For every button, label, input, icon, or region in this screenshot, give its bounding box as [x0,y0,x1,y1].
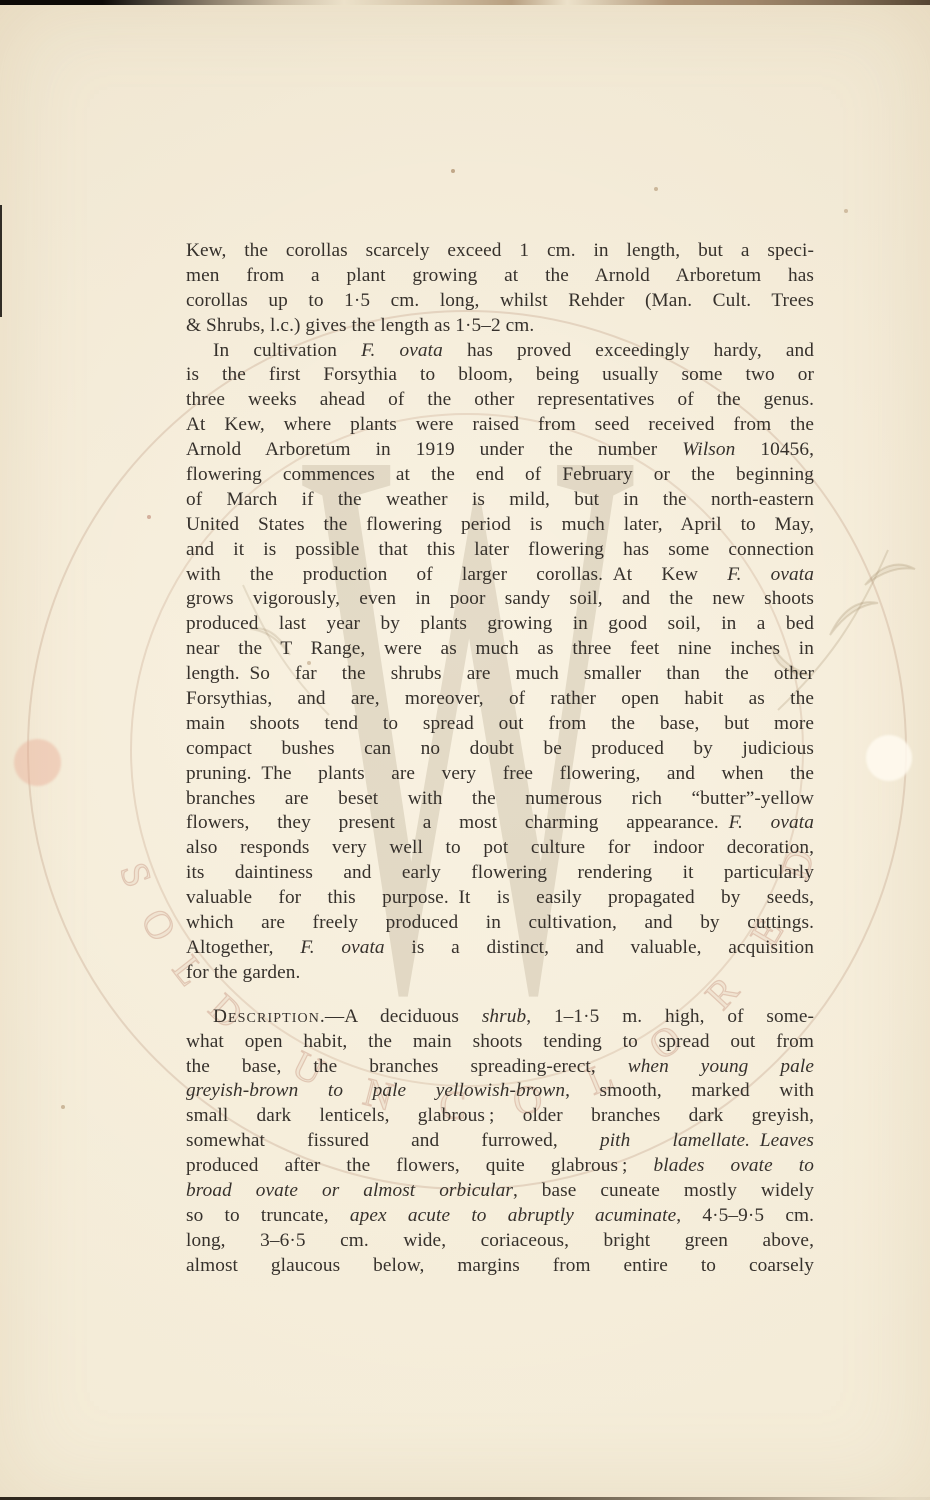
watermark-letter: S [110,856,162,893]
text-segment: greyish-brown to pale yellowish-brown [186,1080,565,1101]
text-segment: apex acute to abruptly acuminate [350,1205,676,1226]
text-segment: of March if the weather is mild, but in … [186,489,814,510]
text-line: compact bushes can no doubt be produced … [186,737,814,762]
text-segment: corollas up to 1·5 cm. long, whilst Rehd… [186,290,814,311]
text-segment: F. ovata [361,340,443,361]
text-segment: & Shrubs, l.c.) gives the length as 1·5–… [186,315,534,336]
text-block: Kew, the corollas scarcely exceed 1 cm. … [186,239,814,1279]
text-segment: Arnold Arboretum in 1919 under the numbe… [186,439,682,460]
text-line: valuable for this purpose. It is easily … [186,886,814,911]
text-segment: Leaves [760,1130,814,1151]
text-line: greyish-brown to pale yellowish-brown, s… [186,1079,814,1104]
text-line: In cultivation F. ovata has proved excee… [186,339,814,364]
text-segment: with the production of larger corollas. … [186,564,727,585]
text-line: is the first Forsythia to bloom, being u… [186,363,814,388]
text-segment: In cultivation [213,340,361,361]
text-line: what open habit, the main shoots tending… [186,1030,814,1055]
text-segment: F. ovata [727,564,814,585]
watermark-letter: O [131,901,186,949]
text-line: and it is possible that this later flowe… [186,538,814,563]
text-segment: blades ovate to [654,1155,814,1176]
text-line: pruning. The plants are very free flower… [186,762,814,787]
text-segment: long, 3–6·5 cm. wide, coriaceous, bright… [186,1230,814,1251]
text-segment: pith lamellate. [600,1130,750,1151]
text-segment: F. ovata [729,812,814,833]
text-line: broad ovate or almost orbicular, base cu… [186,1179,814,1204]
text-line: the base, the branches spreading-erect, … [186,1055,814,1080]
text-segment: its daintiness and early flowering rende… [186,862,814,883]
text-segment: produced last year by plants growing in … [186,613,814,634]
text-line: of March if the weather is mild, but in … [186,488,814,513]
text-segment: for the garden. [186,962,300,983]
text-segment: has proved exceedingly hardy, and [443,340,814,361]
paragraph-description: Description.—A deciduous shrub, 1–1·5 m.… [186,1005,814,1279]
text-segment [750,1130,760,1151]
text-segment: length. So far the shrubs are much small… [186,663,814,684]
text-segment: is a distinct, and valuable, acquisition [385,937,814,958]
text-segment: what open habit, the main shoots tending… [186,1031,814,1052]
text-line: men from a plant growing at the Arnold A… [186,264,814,289]
watermark-dot-right [866,735,912,781]
text-segment: and it is possible that this later flowe… [186,539,814,560]
text-line: produced after the flowers, quite glabro… [186,1154,814,1179]
text-segment: grows vigorously, even in poor sandy soi… [186,588,814,609]
text-line: for the garden. [186,961,814,986]
text-segment: F. ovata [300,937,384,958]
text-segment: Description [213,1006,320,1027]
watermark-dot-left [14,739,61,786]
paper-specks [0,0,2,2]
text-line: small dark lenticels, glabrous ; older b… [186,1104,814,1129]
text-line: corollas up to 1·5 cm. long, whilst Rehd… [186,289,814,314]
text-line: Kew, the corollas scarcely exceed 1 cm. … [186,239,814,264]
text-segment: compact bushes can no doubt be produced … [186,738,814,759]
text-line: main shoots tend to spread out from the … [186,712,814,737]
text-segment: flowers, they present a most charming ap… [186,812,729,833]
text-line: three weeks ahead of the other represent… [186,388,814,413]
text-line: Arnold Arboretum in 1919 under the numbe… [186,438,814,463]
text-line: produced last year by plants growing in … [186,612,814,637]
text-line: United States the flowering period is mu… [186,513,814,538]
scan-top-edge [0,0,930,5]
text-line: long, 3–6·5 cm. wide, coriaceous, bright… [186,1229,814,1254]
text-segment: so to truncate, [186,1205,350,1226]
text-segment: when young pale [628,1056,814,1077]
text-segment: pruning. The plants are very free flower… [186,763,814,784]
text-segment: flowering commences at the end of Februa… [186,464,814,485]
text-line: somewhat fissured and furrowed, pith lam… [186,1129,814,1154]
paragraph-in-cultivation: In cultivation F. ovata has proved excee… [186,339,814,986]
text-line: flowers, they present a most charming ap… [186,811,814,836]
text-segment: 10456, [735,439,814,460]
text-segment: shrub [482,1006,526,1027]
text-segment: men from a plant growing at the Arnold A… [186,265,814,286]
text-line: which are freely produced in cultivation… [186,911,814,936]
text-line: almost glaucous below, margins from enti… [186,1254,814,1279]
text-line: flowering commences at the end of Februa… [186,463,814,488]
text-line: near the T Range, were as much as three … [186,637,814,662]
text-segment: Kew, the corollas scarcely exceed 1 cm. … [186,240,814,261]
text-line: with the production of larger corollas. … [186,563,814,588]
text-segment: At Kew, where plants were raised from se… [186,414,814,435]
text-segment: broad ovate or almost orbicular [186,1180,513,1201]
text-segment: United States the flowering period is mu… [186,514,814,535]
text-segment: valuable for this purpose. It is easily … [186,887,814,908]
text-segment: produced after the flowers, quite glabro… [186,1155,654,1176]
text-segment: is the first Forsythia to bloom, being u… [186,364,814,385]
text-segment: also responds very well to pot culture f… [186,837,814,858]
text-line: length. So far the shrubs are much small… [186,662,814,687]
text-segment: small dark lenticels, glabrous ; older b… [186,1105,814,1126]
text-segment: near the T Range, were as much as three … [186,638,814,659]
text-line: At Kew, where plants were raised from se… [186,413,814,438]
text-line: its daintiness and early flowering rende… [186,861,814,886]
text-line: Forsythias, and are, moreover, of rather… [186,687,814,712]
text-segment: which are freely produced in cultivation… [186,912,814,933]
text-line: so to truncate, apex acute to abruptly a… [186,1204,814,1229]
text-segment: main shoots tend to spread out from the … [186,713,814,734]
text-line: grows vigorously, even in poor sandy soi… [186,587,814,612]
text-segment: , smooth, marked with [565,1080,814,1101]
text-line: also responds very well to pot culture f… [186,836,814,861]
text-segment: , 1–1·5 m. high, of some- [526,1006,814,1027]
text-line: Description.—A deciduous shrub, 1–1·5 m.… [186,1005,814,1030]
text-segment: Altogether, [186,937,300,958]
text-segment: Wilson [682,439,735,460]
text-line: & Shrubs, l.c.) gives the length as 1·5–… [186,314,814,339]
text-segment: almost glaucous below, margins from enti… [186,1255,814,1276]
text-segment: , 4·5–9·5 cm. [676,1205,814,1226]
text-segment: Forsythias, and are, moreover, of rather… [186,688,814,709]
scanned-book-page: W SOLDUNCOLORED Kew, the corollas scarce… [0,0,930,1500]
text-segment: .—A deciduous [320,1006,482,1027]
text-segment: the base, the branches spreading-erect, [186,1056,628,1077]
text-segment: branches are beset with the numerous ric… [186,788,814,809]
text-line: branches are beset with the numerous ric… [186,787,814,812]
scan-left-edge-mark [0,205,2,317]
text-line: Altogether, F. ovata is a distinct, and … [186,936,814,961]
text-segment: somewhat fissured and furrowed, [186,1130,600,1151]
text-segment: three weeks ahead of the other represent… [186,389,814,410]
text-segment: , base cuneate mostly widely [513,1180,814,1201]
paragraph-kew-corollas: Kew, the corollas scarcely exceed 1 cm. … [186,239,814,339]
